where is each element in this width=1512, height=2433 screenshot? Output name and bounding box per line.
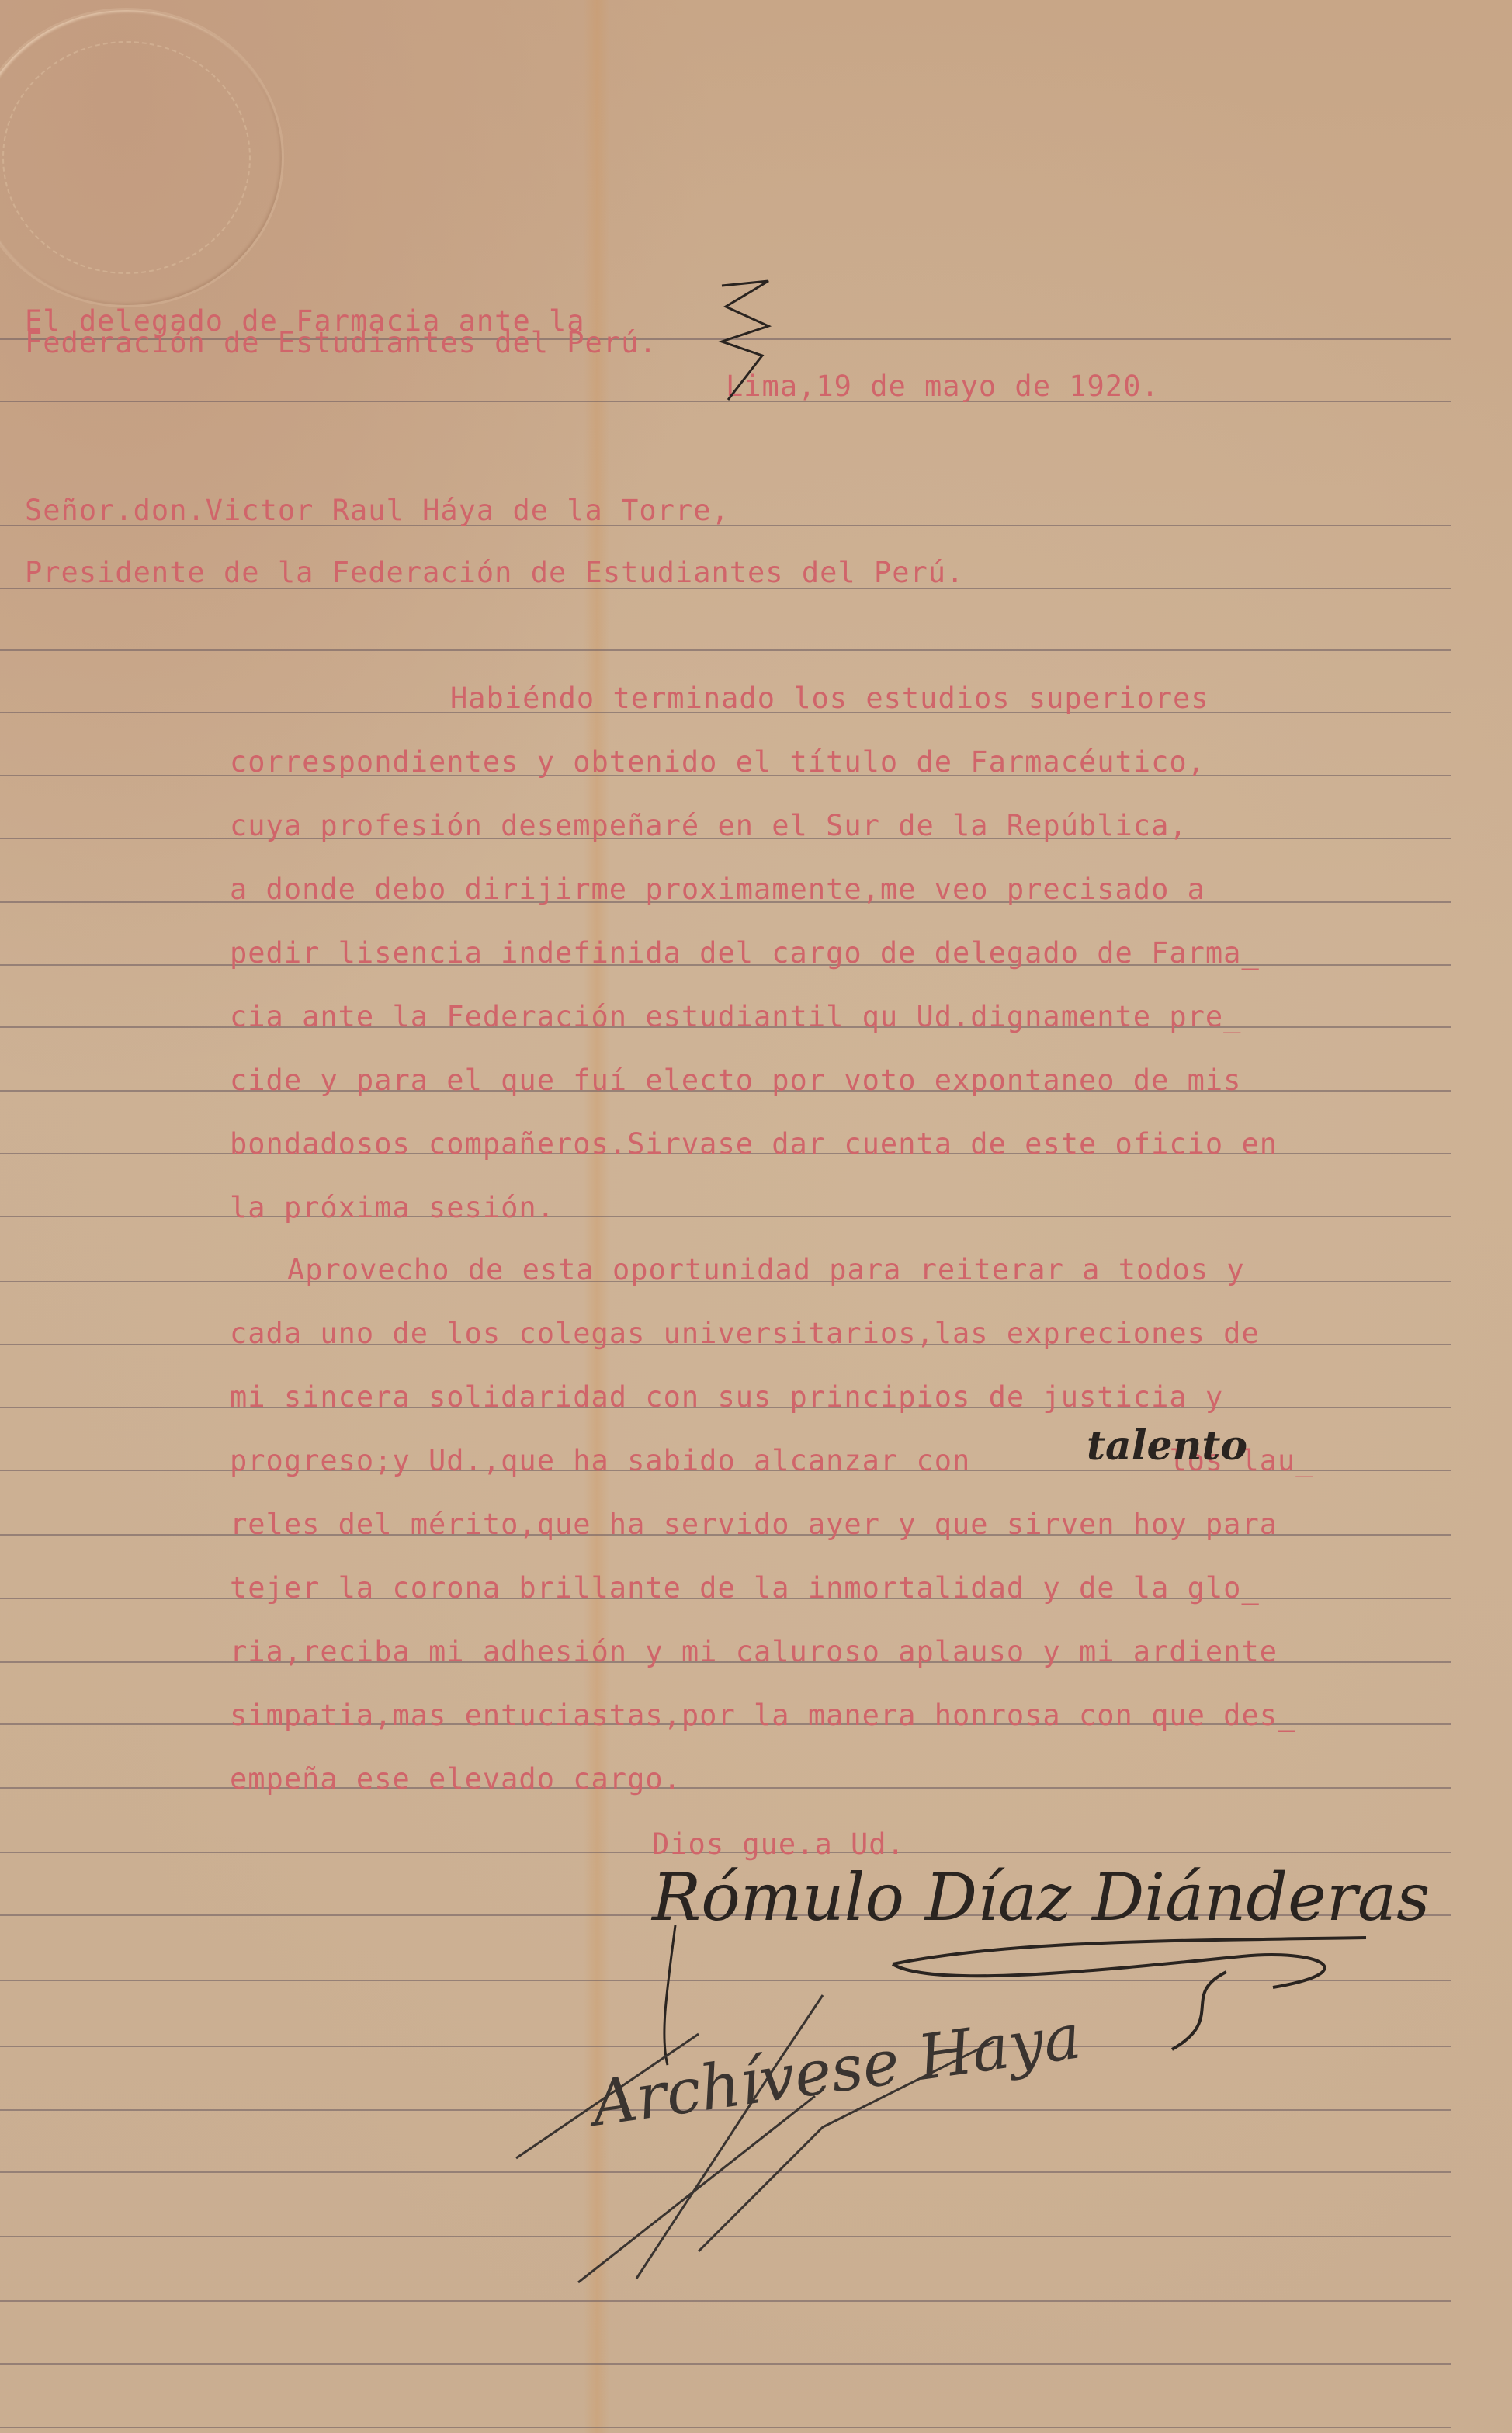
pen-strokes-icon (0, 0, 1512, 2433)
